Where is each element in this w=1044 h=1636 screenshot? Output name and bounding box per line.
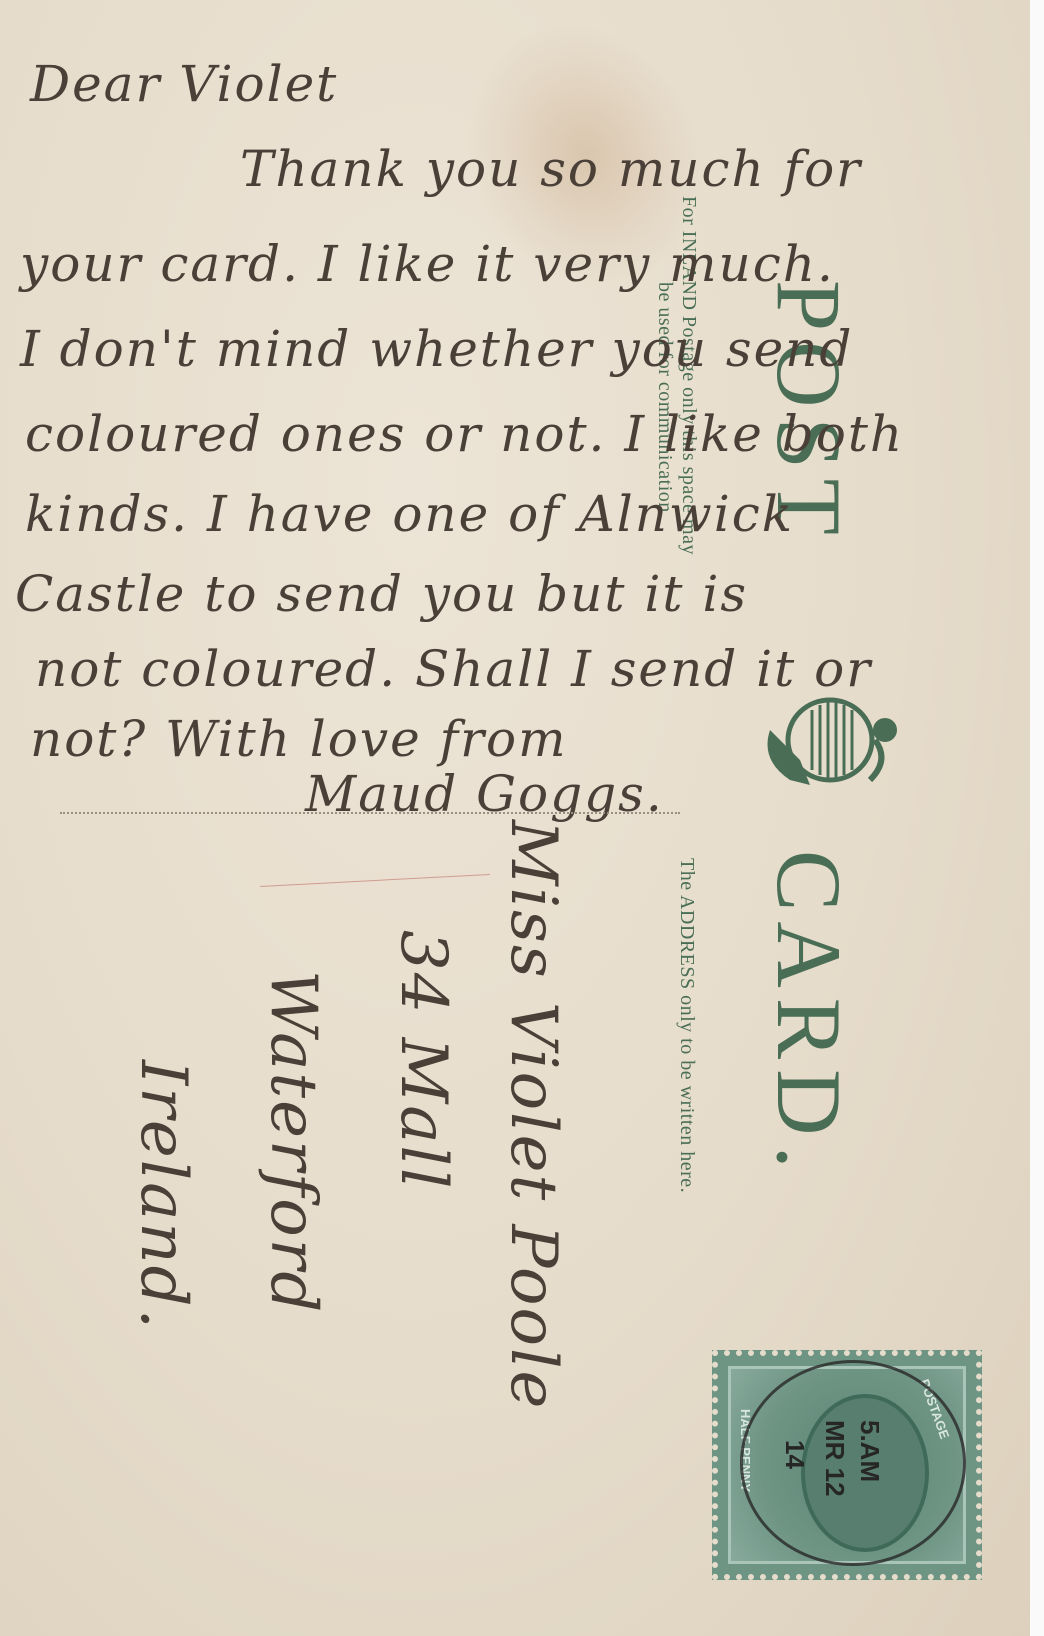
message-line: kinds. I have one of Alnwick <box>25 485 794 543</box>
address-notice: The ADDRESS only to be written here. <box>675 858 698 1193</box>
divider-line <box>60 812 680 814</box>
signature: Maud Goggs. <box>305 765 664 823</box>
message-line: I don't mind whether you send <box>20 320 853 378</box>
card-heading: CARD. <box>756 850 862 1179</box>
message-greeting: Dear Violet <box>30 55 338 113</box>
ruled-line <box>260 874 490 887</box>
message-line: coloured ones or not. I like both <box>25 405 904 463</box>
message-line: Castle to send you but it is <box>15 565 748 623</box>
postmark <box>740 1360 966 1566</box>
message-line: not? With love from <box>30 710 568 768</box>
address-line: Ireland. <box>126 1060 200 1331</box>
message-line: not coloured. Shall I send it or <box>35 640 872 698</box>
postmark-time: 5.AM <box>854 1420 885 1482</box>
address-line: Waterford <box>256 970 330 1314</box>
address-line: Miss Violet Poole <box>496 820 570 1410</box>
postmark-year: 14 <box>779 1440 810 1469</box>
postmark-date: MR 12 <box>819 1420 850 1497</box>
scan-margin <box>1030 0 1044 1636</box>
inland-notice-line2: be used for communication. <box>653 282 676 518</box>
trademark-icon <box>750 690 900 790</box>
address-line: 34 Mall <box>386 930 460 1190</box>
hartmann-trademark <box>750 690 900 790</box>
message-line: your card. I like it very much. <box>20 235 835 293</box>
postcard: POST CARD. For INLAND Postage only this … <box>0 0 1033 1636</box>
message-line: Thank you so much for <box>240 140 862 198</box>
